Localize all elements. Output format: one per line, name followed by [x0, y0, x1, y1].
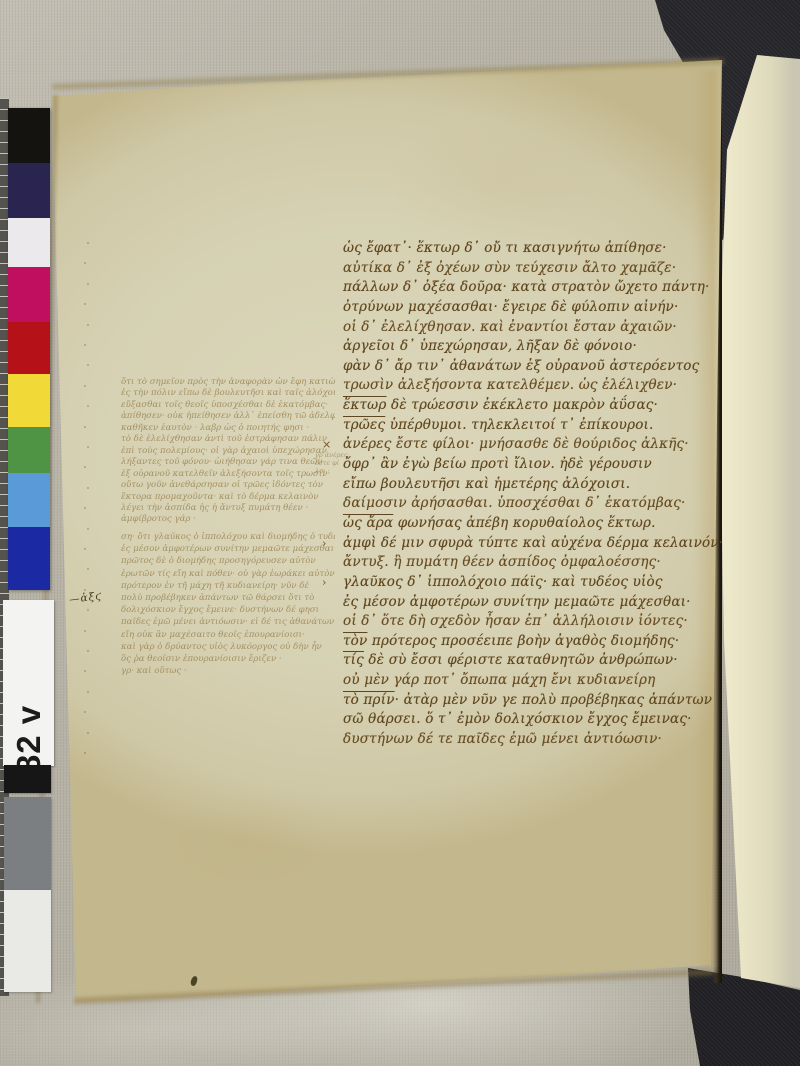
color-patch-indigo	[8, 163, 50, 218]
color-patch-blue	[8, 527, 50, 590]
margin-mark: ›	[322, 537, 343, 550]
verse-line: › ἀμφὶ δέ μιν σφυρὰ τύπτε καὶ αὐχένα δέρ…	[322, 535, 728, 555]
gray-patch-gray	[4, 797, 51, 890]
verse-line: εἴπω βουλευτῆσι καὶ ἡμετέρης ἀλόχοισι.	[322, 476, 728, 496]
verse-line: οἱ δ᾽ ὅτε δὴ σχεδὸν ἦσαν ἐπ᾽ ἀλλήλοισιν …	[322, 613, 728, 633]
verse-line-text: εἴπω βουλευτῆσι καὶ ἡμετέρης ἀλόχοισι.	[343, 476, 630, 492]
pricking-dot	[84, 589, 86, 591]
verse-line-text: τρῶες ὑπέρθυμοι. τηλεκλειτοί τ᾽ ἐπίκουρο…	[343, 417, 654, 433]
scholia-line: εἴη οὐκ ἂν μαχέσαιτο θεοῖς ἐπουρανίοισι·	[121, 629, 335, 641]
verse-line: αὐτίκα δ᾽ ἐξ ὀχέων σὺν τεύχεσιν ἄλτο χαμ…	[322, 260, 728, 280]
pricking-dot	[87, 650, 89, 652]
verse-line-text: οἱ δ᾽ ἐλελίχθησαν. καὶ ἐναντίοι ἔσταν ἀχ…	[343, 319, 677, 335]
gray-patch-black	[4, 765, 51, 793]
verse-line-text: ὀτρύνων μαχέσασθαι· ἔγειρε δὲ φύλοπιν αἰ…	[343, 299, 678, 315]
verse-line: τρωσὶν ἀλεξήσοντα κατελθέμεν. ὡς ἐλέλιχθ…	[322, 377, 728, 397]
scholia-block-lower: ση· ὅτι γλαῦκος ὁ ἱππολόχου καὶ διομήδης…	[121, 531, 335, 677]
pricking-dot	[87, 242, 89, 244]
verse-line-text: ἀργεῖοι δ᾽ ὑπεχώρησαν, λῆξαν δὲ φόνοιο·	[343, 338, 637, 354]
color-patch-yellow	[8, 374, 50, 427]
color-patch-red	[8, 322, 50, 374]
scholia-line: λήξαντες τοῦ φόνου· ὡιήθησαν γάρ τινα θε…	[121, 457, 335, 468]
pricking-dot	[84, 385, 86, 387]
gray-patch-white	[4, 890, 51, 992]
scholia-line: πρῶτος δὲ ὁ διομήδης προσηγόρευσεν αὐτὸν	[121, 555, 335, 567]
pricking-dot	[84, 630, 86, 632]
verse-line-text: ἕκτωρ δὲ τρώεσσιν ἐκέκλετο μακρὸν ἀΰσας·	[343, 397, 658, 413]
scholia-line: ἀμφίβροτος γάρ ·	[121, 514, 335, 525]
verse-line-text: τρωσὶν ἀλεξήσοντα κατελθέμεν. ὡς ἐλέλιχθ…	[343, 377, 677, 393]
scholia-line: πολὺ προβέβηκεν ἁπάντων τῶ θάρσει ὅτι τὸ	[121, 592, 335, 604]
verse-line-text: τὸν πρότερος προσέειπε βοὴν ἀγαθὸς διομή…	[343, 633, 679, 649]
verse-line: ὡς ἔφατ᾽· ἕκτωρ δ᾽ οὔ τι κασιγνήτω ἀπίθη…	[322, 240, 728, 260]
pricking-dot	[84, 752, 86, 754]
scholia-line: ἕκτορα προμαχοῦντα· καὶ τὸ δέρμα κελαινὸ…	[121, 492, 335, 503]
manuscript-photograph: —ἀξϛ ὅτι τὸ σημεῖον πρὸς τὴν ἀναφορὰν ὧν…	[0, 0, 800, 1066]
verse-line-text: γλαῦκος δ᾽ ἱππολόχοιο πάϊς· καὶ τυδέος υ…	[343, 574, 663, 590]
pricking-dot	[87, 691, 89, 693]
verse-line-text: τὸ πρίν· ἀτὰρ μὲν νῦν γε πολὺ προβέβηκας…	[343, 692, 712, 708]
verse-line: ἕκτωρ δὲ τρώεσσιν ἐκέκλετο μακρὸν ἀΰσας·	[322, 397, 728, 417]
pricking-dot	[87, 446, 89, 448]
pricking-dot	[84, 426, 86, 428]
scholia-line: τὸ δὲ ἐλελίχθησαν ἀντὶ τοῦ ἐστράφησαν πά…	[121, 434, 335, 445]
verse-line-text: πάλλων δ᾽ ὀξέα δοῦρα· κατὰ στρατὸν ὤχετο…	[343, 279, 710, 295]
color-patch-magenta	[8, 267, 50, 322]
verse-line: πάλλων δ᾽ ὀξέα δοῦρα· κατὰ στρατὸν ὤχετο…	[322, 279, 728, 299]
scholia-line: εὔξασθαι τοῖς θεοῖς ὑποσχέσθαι δὲ ἑκατόμ…	[121, 400, 335, 411]
margin-mark: ›	[322, 576, 343, 589]
verse-line: › γλαῦκος δ᾽ ἱππολόχοιο πάϊς· καὶ τυδέος…	[322, 574, 728, 594]
margin-mark: ×	[322, 438, 343, 451]
verse-line: ἄντυξ. ἣ πυμάτη θέεν ἀσπίδος ὀμφαλοέσσης…	[322, 554, 728, 574]
verse-line: ὡς ἄρα φωνήσας ἀπέβη κορυθαίολος ἕκτωρ.	[322, 515, 728, 535]
scholia-line: ὅτι τὸ σημεῖον πρὸς τὴν ἀναφορὰν ὧν ἔφη …	[121, 377, 335, 388]
scholia-line: ἀπίθησεν· οὐκ ἠπείθησεν ἀλλ᾽ ἐπείσθη τῶ …	[121, 411, 335, 422]
verse-line: φὰν δ᾽ ἄρ τιν᾽ ἀθανάτων ἐξ οὐρανοῦ ἀστερ…	[322, 358, 728, 378]
verse-line: δυστήνων δέ τε παῖδες ἐμῶ μένει ἀντιόωσι…	[322, 731, 728, 751]
scholia-line: γρ· καὶ οὕτως ·	[121, 665, 335, 677]
color-patch-white	[8, 218, 50, 267]
verse-line: τίς δὲ σὺ ἔσσι φέριστε καταθνητῶν ἀνθρώπ…	[322, 652, 728, 672]
verse-line-text: ἄντυξ. ἣ πυμάτη θέεν ἀσπίδος ὀμφαλοέσσης…	[343, 554, 661, 570]
scholia-line: ὃς ῥα θεοῖσιν ἐπουρανίοισιν ἔριζεν ·	[121, 653, 335, 665]
pricking-dot	[84, 548, 86, 550]
verse-line: τὸν πρότερος προσέειπε βοὴν ἀγαθὸς διομή…	[322, 633, 728, 653]
color-patch-green	[8, 427, 50, 473]
verse-line: σῶ θάρσει. ὅ τ᾽ ἐμὸν δολιχόσκιον ἔγχος ἔ…	[322, 711, 728, 731]
verse-line-text: τίς δὲ σὺ ἔσσι φέριστε καταθνητῶν ἀνθρώπ…	[343, 652, 678, 668]
verse-line: τρῶες ὑπέρθυμοι. τηλεκλειτοί τ᾽ ἐπίκουρο…	[322, 417, 728, 437]
scholia-line: ἐξ οὐρανοῦ κατελθεῖν ἀλεξήσοντα τοῖς τρω…	[121, 469, 335, 480]
verse-line-text: ἐς μέσον ἀμφοτέρων συνίτην μεμαῶτε μάχεσ…	[343, 594, 691, 610]
verse-line-text: σῶ θάρσει. ὅ τ᾽ ἐμὸν δολιχόσκιον ἔγχος ἔ…	[343, 711, 692, 727]
scholia-line: λέγει τὴν ἀσπίδα ἧς ἡ ἄντυξ πυμάτη θέεν …	[121, 503, 335, 514]
scholia-line: καὶ γὰρ ὁ δρύαντος υἱὸς λυκόοργος οὐ δὴν…	[121, 641, 335, 653]
color-calibration-bar	[8, 108, 50, 590]
color-patch-light-blue	[8, 473, 50, 527]
scholia-line: ἐς τὴν πόλιν εἴπω δὲ βουλευτῆσι καὶ ταῖς…	[121, 388, 335, 399]
verse-line-text: οὐ μὲν γάρ ποτ᾽ ὄπωπα μάχη ἔνι κυδιανείρ…	[343, 672, 655, 688]
verse-line: δαίμοσιν ἀρήσασθαι. ὑποσχέσθαι δ᾽ ἑκατόμ…	[322, 495, 728, 515]
verse-line: οἱ δ᾽ ἐλελίχθησαν. καὶ ἐναντίοι ἔσταν ἀχ…	[322, 319, 728, 339]
verse-line: ὄφρ᾽ ἂν ἐγὼ βείω προτὶ ἴλιον. ἠδὲ γέρουσ…	[322, 456, 728, 476]
scholia-line: καθῆκεν ἑαυτὸν · λαβρ ὡς ὁ ποιητής φησι …	[121, 423, 335, 434]
pricking-dot	[87, 732, 89, 734]
scholia-line: οὕτω γοῦν ἀνεθάρσησαν οἱ τρῶες ἰδόντες τ…	[121, 480, 335, 491]
pricking-dot	[87, 283, 89, 285]
verse-line: οὐ μὲν γάρ ποτ᾽ ὄπωπα μάχη ἔνι κυδιανείρ…	[322, 672, 728, 692]
verse-line-text: δυστήνων δέ τε παῖδες ἐμῶ μένει ἀντιόωσι…	[343, 731, 662, 747]
verse-line: ὀτρύνων μαχέσασθαι· ἔγειρε δὲ φύλοπιν αἰ…	[322, 299, 728, 319]
verse-line-text: φὰν δ᾽ ἄρ τιν᾽ ἀθανάτων ἐξ οὐρανοῦ ἀστερ…	[343, 358, 699, 374]
verse-line-text: ὡς ἄρα φωνήσας ἀπέβη κορυθαίολος ἕκτωρ.	[343, 515, 656, 531]
scholia-line: δολιχόσκιον ἔγχος ἔμεινε· δυστήνων δέ φη…	[121, 604, 335, 616]
scholia-line: ἐρωτῶν τίς εἴη καὶ πόθεν· οὐ γὰρ ἑωράκει…	[121, 568, 335, 580]
verse-line-text: ἀμφὶ δέ μιν σφυρὰ τύπτε καὶ αὐχένα δέρμα…	[343, 535, 723, 551]
scholia-line: ἐπὶ τοὺς πολεμίους· οἱ γὰρ ἀχαιοὶ ὑπεχώρ…	[121, 446, 335, 457]
verse-text-block: ὡς ἔφατ᾽· ἕκτωρ δ᾽ οὔ τι κασιγνήτω ἀπίθη…	[322, 240, 728, 751]
verse-line-text: αὐτίκα δ᾽ ἐξ ὀχέων σὺν τεύχεσιν ἄλτο χαμ…	[343, 260, 676, 276]
pricking-dot	[87, 487, 89, 489]
pricking-dot	[87, 528, 89, 530]
verse-line-text: ἀνέρες ἔστε φίλοι· μνήσασθε δὲ θούριδος …	[343, 436, 689, 452]
scholia-block-upper: ὅτι τὸ σημεῖον πρὸς τὴν ἀναφορὰν ὧν ἔφη …	[121, 377, 335, 526]
verse-line: × ἀνέρες ἔστε φίλοι· μνήσασθε δὲ θούριδο…	[322, 436, 728, 456]
verse-line-text: οἱ δ᾽ ὅτε δὴ σχεδὸν ἦσαν ἐπ᾽ ἀλλήλοισιν …	[343, 613, 688, 629]
verse-line: τὸ πρίν· ἀτὰρ μὲν νῦν γε πολὺ προβέβηκας…	[322, 692, 728, 712]
verse-line-text: ὄφρ᾽ ἂν ἐγὼ βείω προτὶ ἴλιον. ἠδὲ γέρουσ…	[343, 456, 652, 472]
scholia-line: ση· ὅτι γλαῦκος ὁ ἱππολόχου καὶ διομήδης…	[121, 531, 335, 543]
pricking-dot	[87, 324, 89, 326]
folio-label: 82 v	[3, 600, 54, 766]
verse-line: ἀργεῖοι δ᾽ ὑπεχώρησαν, λῆξαν δὲ φόνοιο·	[322, 338, 728, 358]
verse-line: ἐς μέσον ἀμφοτέρων συνίτην μεμαῶτε μάχεσ…	[322, 594, 728, 614]
scholia-line: ἐς μέσον ἀμφοτέρων συνίτην μεμαῶτε μάχεσ…	[121, 543, 335, 555]
scholia-line: παῖδες ἐμῶ μένει ἀντιόωσιν· εἰ δέ τις ἀθ…	[121, 616, 335, 628]
verse-line-text: δαίμοσιν ἀρήσασθαι. ὑποσχέσθαι δ᾽ ἑκατόμ…	[343, 495, 685, 511]
color-patch-black	[8, 108, 50, 163]
verse-line-text: ὡς ἔφατ᾽· ἕκτωρ δ᾽ οὔ τι κασιγνήτω ἀπίθη…	[343, 240, 667, 256]
pricking-dot	[84, 344, 86, 346]
scholia-line: πρότερον ἐν τῆ μάχη τῆ κυδιανείρη· νῦν δ…	[121, 580, 335, 592]
folio-label-text: 82 v	[10, 705, 48, 773]
